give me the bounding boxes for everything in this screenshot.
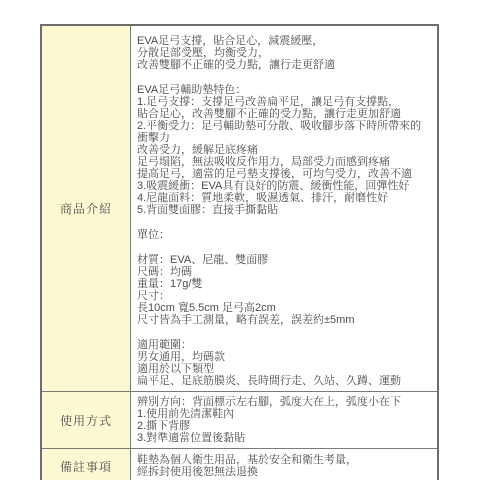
text-line: 材質：EVA、尼龍、雙面膠 (137, 254, 431, 266)
text-line: 單位： (137, 229, 431, 241)
text-line: 適用於以下類型 (137, 363, 431, 375)
text-line: 2.撕下背膠 (137, 420, 431, 432)
text-line: EVA足弓輔助墊特色： (137, 84, 431, 96)
row-content-remarks: 鞋墊為個人衛生用品，基於安全和衛生考量，經拆封使用後恕無法退換 (131, 449, 439, 480)
text-line: 扁平足、足底筋膜炎、長時間行走、久站、久蹲、運動 (137, 375, 431, 387)
table-row-remarks: 備註事項 鞋墊為個人衛生用品，基於安全和衛生考量，經拆封使用後恕無法退換 (41, 449, 438, 480)
row-label-product-intro: 商品介紹 (41, 25, 131, 392)
paragraph: EVA足弓輔助墊特色：1.足弓支撐：支撐足弓改善扁平足，讓足弓有支撐點，貼合足心… (137, 84, 431, 216)
table-row-usage: 使用方式 辨別方向：背面標示左右腳，弧度大在上，弧度小在下1.使用前先清潔鞋內2… (41, 392, 438, 449)
text-line: 長10cm 寬5.5cm 足弓高2cm (137, 302, 431, 314)
text-line: 4.尼龍面料：質地柔軟，吸濕透氣、排汗，耐磨性好 (137, 192, 431, 204)
paragraph: 適用範圍：男女通用，均碼款適用於以下類型扁平足、足底筋膜炎、長時間行走、久站、久… (137, 339, 431, 387)
text-line: 尺寸皆為手工測量，略有誤差，誤差約±5mm (137, 314, 431, 326)
text-line: 適用範圍： (137, 339, 431, 351)
text-line: 重量：17g/雙 (137, 278, 431, 290)
text-line: 尺寸： (137, 290, 431, 302)
paragraph: 單位： (137, 229, 431, 241)
text-line: 男女通用，均碼款 (137, 351, 431, 363)
product-description-page: 商品介紹 EVA足弓支撐，貼合足心，減震緩壓，分散足部受壓，均衡受力，改善雙腳不… (0, 0, 480, 480)
text-line: 足弓塌陷，無法吸收反作用力，局部受力而感到疼痛 (137, 156, 431, 168)
product-spec-table: 商品介紹 EVA足弓支撐，貼合足心，減震緩壓，分散足部受壓，均衡受力，改善雙腳不… (40, 24, 439, 480)
row-label-usage: 使用方式 (41, 392, 131, 449)
text-line: 尺碼：均碼 (137, 266, 431, 278)
text-line: 改善受力，緩解足底疼痛 (137, 144, 431, 156)
text-line: 1.使用前先清潔鞋內 (137, 408, 431, 420)
text-line: 改善雙腳不正確的受力點，讓行走更舒適 (137, 59, 431, 71)
text-line: 提高足弓，適當的足弓墊支撐後，可均勻受力，改善不適 (137, 168, 431, 180)
paragraph: EVA足弓支撐，貼合足心，減震緩壓，分散足部受壓，均衡受力，改善雙腳不正確的受力… (137, 35, 431, 71)
text-line: 3.對準適當位置後黏貼 (137, 432, 431, 444)
text-line: EVA足弓支撐，貼合足心，減震緩壓， (137, 35, 431, 47)
table-row-product-intro: 商品介紹 EVA足弓支撐，貼合足心，減震緩壓，分散足部受壓，均衡受力，改善雙腳不… (41, 25, 438, 392)
paragraph: 辨別方向：背面標示左右腳，弧度大在上，弧度小在下1.使用前先清潔鞋內2.撕下背膠… (137, 396, 431, 444)
text-line: 2.平衡受力：足弓輔助墊可分散、吸收腳步落下時所帶來的衝擊力 (137, 120, 431, 144)
paragraph: 鞋墊為個人衛生用品，基於安全和衛生考量，經拆封使用後恕無法退換 (137, 454, 431, 478)
text-line: 鞋墊為個人衛生用品，基於安全和衛生考量， (137, 454, 431, 466)
text-line: 1.足弓支撐：支撐足弓改善扁平足，讓足弓有支撐點， (137, 96, 431, 108)
text-line: 經拆封使用後恕無法退換 (137, 466, 431, 478)
text-line: 貼合足心，改善雙腳不正確的受力點，讓行走更加舒適 (137, 108, 431, 120)
text-line: 5.背面雙面膠：直接手撕黏貼 (137, 204, 431, 216)
row-content-usage: 辨別方向：背面標示左右腳，弧度大在上，弧度小在下1.使用前先清潔鞋內2.撕下背膠… (131, 392, 439, 449)
row-content-product-intro: EVA足弓支撐，貼合足心，減震緩壓，分散足部受壓，均衡受力，改善雙腳不正確的受力… (131, 25, 439, 392)
paragraph: 材質：EVA、尼龍、雙面膠尺碼：均碼重量：17g/雙尺寸：長10cm 寬5.5c… (137, 254, 431, 326)
row-label-remarks: 備註事項 (41, 449, 131, 480)
text-line: 3.吸震緩衝：EVA具有良好的防震、緩衝性能，回彈性好 (137, 180, 431, 192)
text-line: 辨別方向：背面標示左右腳，弧度大在上，弧度小在下 (137, 396, 431, 408)
text-line: 分散足部受壓，均衡受力， (137, 47, 431, 59)
